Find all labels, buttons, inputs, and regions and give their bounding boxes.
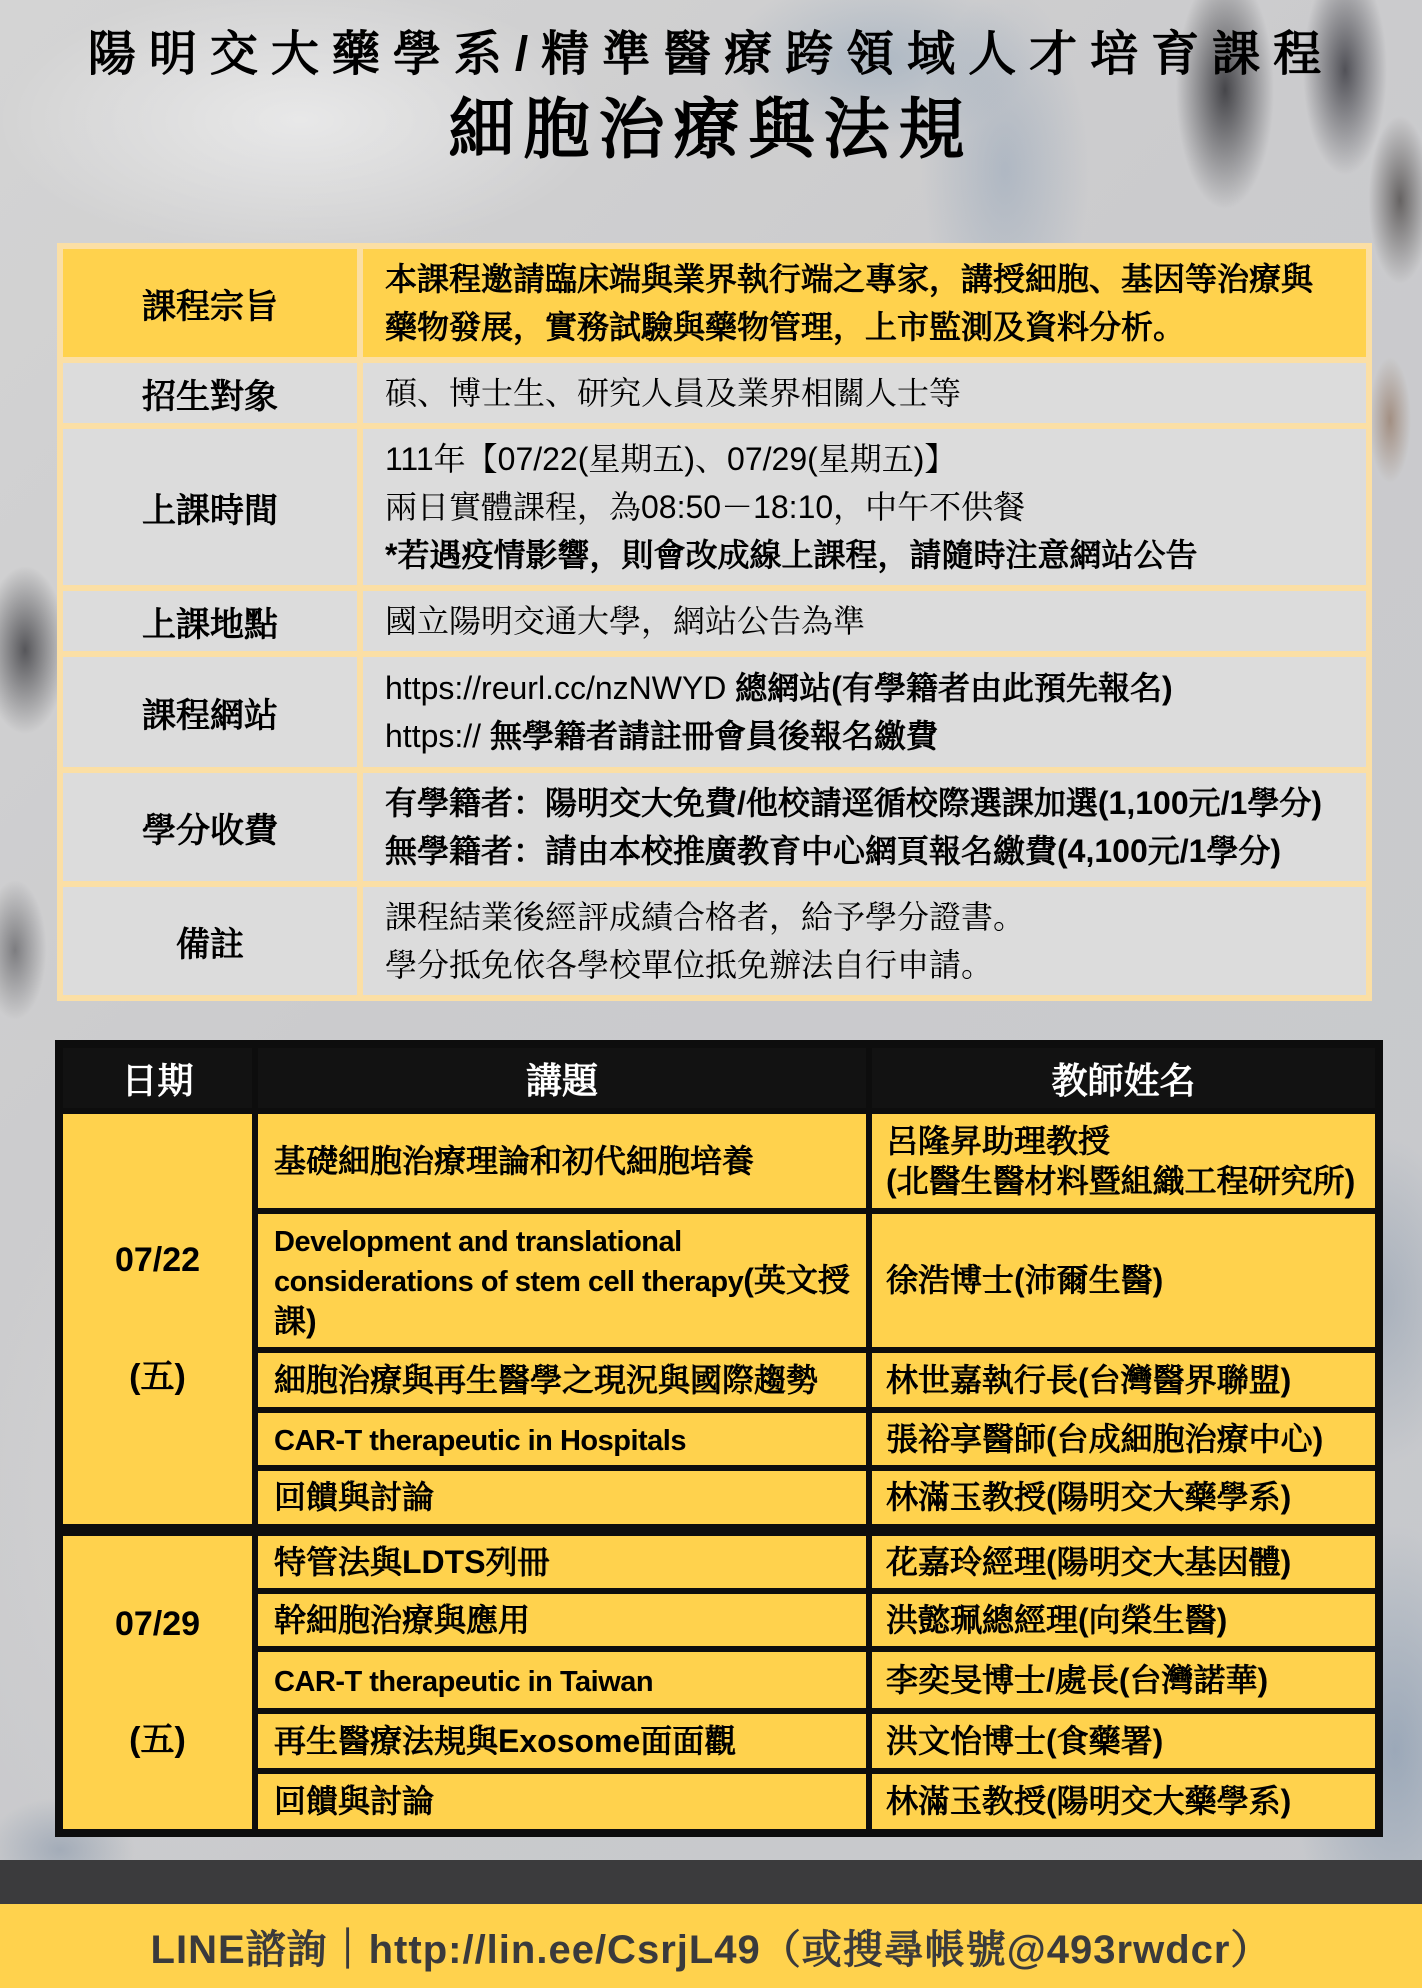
schedule-topic-text: 再生醫療法規與Exosome面面觀	[274, 1723, 736, 1759]
info-row: 課程宗旨本課程邀請臨床端與業界執行端之專家，講授細胞、基因等治療與藥物發展，實務…	[60, 246, 1369, 360]
schedule-weekday: (五)	[64, 1356, 251, 1399]
info-text: *若遇疫情影響，則會改成線上課程，請隨時注意網站公告	[385, 537, 1197, 573]
schedule-teacher: 洪文怡博士(食藥署)	[869, 1711, 1379, 1771]
info-value-line: 國立陽明交通大學，網站公告為準	[385, 597, 1344, 645]
info-value-line: 兩日實體課程，為08:50－18:10，中午不供餐	[385, 483, 1344, 531]
info-text: 總網站(有學籍者由此預先報名)	[735, 670, 1172, 706]
schedule-topic: 特管法與LDTS列冊	[255, 1530, 869, 1591]
info-value-line: 有學籍者：陽明交大免費/他校請逕循校際選課加選(1,100元/1學分)	[385, 779, 1344, 827]
schedule-teacher: 花嘉玲經理(陽明交大基因體)	[869, 1530, 1379, 1591]
info-text: 本課程邀請臨床端與業界執行端之專家，講授細胞、基因等治療與藥物發展，實務試驗與藥…	[385, 261, 1313, 345]
schedule-row: CAR-T therapeutic in Taiwan李奕旻博士/處長(台灣諾華…	[59, 1649, 1379, 1711]
info-text: 有學籍者：陽明交大免費/他校請逕循校際選課加選(1,100元/1學分)	[385, 785, 1322, 821]
info-text: 課程結業後經評成績合格者，給予學分證書。	[385, 899, 1025, 935]
schedule-date-cell: 07/29(五)	[59, 1530, 255, 1833]
info-text: 國立陽明交通大學，網站公告為準	[385, 603, 865, 639]
schedule-teacher: 林滿玉教授(陽明交大藥學系)	[869, 1771, 1379, 1833]
info-value-1: 碩、博士生、研究人員及業界相關人士等	[360, 360, 1369, 426]
schedule-header-topic: 講題	[255, 1044, 869, 1111]
schedule-row: 回饋與討論林滿玉教授(陽明交大藥學系)	[59, 1468, 1379, 1530]
info-value-3: 國立陽明交通大學，網站公告為準	[360, 588, 1369, 654]
schedule-row: 再生醫療法規與Exosome面面觀洪文怡博士(食藥署)	[59, 1711, 1379, 1771]
info-text: 學分抵免依各學校單位抵免辦法自行申請。	[385, 947, 993, 983]
schedule-date: 07/29	[64, 1603, 251, 1646]
footer-dark-band	[0, 1860, 1422, 1904]
info-row: 上課時間111年【07/22(星期五)、07/29(星期五)】兩日實體課程，為0…	[60, 426, 1369, 588]
course-program-title: 陽明交大藥學系/精準醫療跨領域人才培育課程	[0, 24, 1422, 86]
schedule-teacher: 林滿玉教授(陽明交大藥學系)	[869, 1468, 1379, 1530]
schedule-topic: 再生醫療法規與Exosome面面觀	[255, 1711, 869, 1771]
info-text: 無學籍者：請由本校推廣教育中心網頁報名繳費(4,100元/1學分)	[385, 833, 1281, 869]
info-row: 課程網站https://reurl.cc/nzNWYD 總網站(有學籍者由此預先…	[60, 654, 1369, 770]
info-value-line: *若遇疫情影響，則會改成線上課程，請隨時注意網站公告	[385, 531, 1344, 579]
schedule-topic-text: 基礎細胞治療理論和初代細胞培養	[274, 1143, 754, 1179]
info-label-1: 招生對象	[60, 360, 360, 426]
schedule-topic-text: Development and translational considerat…	[274, 1226, 743, 1298]
schedule-topic-text: 細胞治療與再生醫學之現況與國際趨勢	[274, 1362, 818, 1398]
course-info-table: 課程宗旨本課程邀請臨床端與業界執行端之專家，講授細胞、基因等治療與藥物發展，實務…	[57, 243, 1372, 1001]
info-label-6: 備註	[60, 884, 360, 998]
info-row: 學分收費有學籍者：陽明交大免費/他校請逕循校際選課加選(1,100元/1學分)無…	[60, 770, 1369, 884]
schedule-teacher: 洪懿珮總經理(向榮生醫)	[869, 1591, 1379, 1649]
footer-contact-bar: LINE諮詢｜http://lin.ee/CsrjL49（或搜尋帳號@493rw…	[0, 1904, 1422, 1988]
poster-header: 陽明交大藥學系/精準醫療跨領域人才培育課程 細胞治療與法規	[0, 0, 1422, 170]
course-poster: 陽明交大藥學系/精準醫療跨領域人才培育課程 細胞治療與法規 課程宗旨本課程邀請臨…	[0, 0, 1422, 1988]
info-value-5: 有學籍者：陽明交大免費/他校請逕循校際選課加選(1,100元/1學分)無學籍者：…	[360, 770, 1369, 884]
schedule-topic: Development and translational considerat…	[255, 1211, 869, 1350]
line-contact-link[interactable]: LINE諮詢｜http://lin.ee/CsrjL49（或搜尋帳號@493rw…	[151, 1918, 1272, 1975]
schedule-topic-text: CAR-T therapeutic in Hospitals	[274, 1425, 686, 1457]
course-name-title: 細胞治療與法規	[0, 90, 1422, 169]
schedule-row: 07/22(五)基礎細胞治療理論和初代細胞培養呂隆昇助理教授 (北醫生醫材料暨組…	[59, 1111, 1379, 1211]
schedule-teacher: 呂隆昇助理教授 (北醫生醫材料暨組織工程研究所)	[869, 1111, 1379, 1211]
info-value-line: 碩、博士生、研究人員及業界相關人士等	[385, 369, 1344, 417]
schedule-topic: 基礎細胞治療理論和初代細胞培養	[255, 1111, 869, 1211]
info-label-0: 課程宗旨	[60, 246, 360, 360]
info-label-5: 學分收費	[60, 770, 360, 884]
schedule-topic-text: 回饋與討論	[274, 1783, 434, 1819]
schedule-topic-text: 幹細胞治療與應用	[274, 1602, 530, 1638]
schedule-table: 日期 講題 教師姓名 07/22(五)基礎細胞治療理論和初代細胞培養呂隆昇助理教…	[55, 1040, 1383, 1837]
info-value-line: 本課程邀請臨床端與業界執行端之專家，講授細胞、基因等治療與藥物發展，實務試驗與藥…	[385, 255, 1344, 351]
schedule-topic-text: 回饋與討論	[274, 1479, 434, 1515]
schedule-date-cell: 07/22(五)	[59, 1111, 255, 1530]
schedule-row: 幹細胞治療與應用洪懿珮總經理(向榮生醫)	[59, 1591, 1379, 1649]
info-row: 備註課程結業後經評成績合格者，給予學分證書。學分抵免依各學校單位抵免辦法自行申請…	[60, 884, 1369, 998]
schedule-teacher: 徐浩博士(沛爾生醫)	[869, 1211, 1379, 1350]
schedule-topic: CAR-T therapeutic in Hospitals	[255, 1410, 869, 1468]
schedule-date: 07/22	[64, 1239, 251, 1282]
schedule-topic: 回饋與討論	[255, 1771, 869, 1833]
schedule-row: CAR-T therapeutic in Hospitals張裕享醫師(台成細胞…	[59, 1410, 1379, 1468]
schedule-row: 回饋與討論林滿玉教授(陽明交大藥學系)	[59, 1771, 1379, 1833]
info-value-2: 111年【07/22(星期五)、07/29(星期五)】兩日實體課程，為08:50…	[360, 426, 1369, 588]
info-value-line: 111年【07/22(星期五)、07/29(星期五)】	[385, 435, 1344, 483]
info-text: 兩日實體課程，為08:50－18:10，中午不供餐	[385, 489, 1025, 525]
schedule-weekday: (五)	[64, 1719, 251, 1762]
info-label-4: 課程網站	[60, 654, 360, 770]
schedule-teacher: 李奕旻博士/處長(台灣諾華)	[869, 1649, 1379, 1711]
schedule-topic: 幹細胞治療與應用	[255, 1591, 869, 1649]
course-info-table-body: 課程宗旨本課程邀請臨床端與業界執行端之專家，講授細胞、基因等治療與藥物發展，實務…	[60, 246, 1369, 998]
info-value-line: 無學籍者：請由本校推廣教育中心網頁報名繳費(4,100元/1學分)	[385, 827, 1344, 875]
info-value-line: 學分抵免依各學校單位抵免辦法自行申請。	[385, 941, 1344, 989]
schedule-topic-text: CAR-T therapeutic in Taiwan	[274, 1666, 653, 1698]
info-text: 無學籍者請註冊會員後報名繳費	[490, 718, 938, 754]
schedule-table-body: 07/22(五)基礎細胞治療理論和初代細胞培養呂隆昇助理教授 (北醫生醫材料暨組…	[59, 1111, 1379, 1833]
course-site-link[interactable]: https://reurl.cc/nzNWYD	[385, 670, 735, 706]
info-label-2: 上課時間	[60, 426, 360, 588]
info-row: 上課地點國立陽明交通大學，網站公告為準	[60, 588, 1369, 654]
schedule-topic: 回饋與討論	[255, 1468, 869, 1530]
info-value-0: 本課程邀請臨床端與業界執行端之專家，講授細胞、基因等治療與藥物發展，實務試驗與藥…	[360, 246, 1369, 360]
info-value-line: https://reurl.cc/nzNWYD 總網站(有學籍者由此預先報名)	[385, 664, 1344, 712]
info-value-line: https:// 無學籍者請註冊會員後報名繳費	[385, 712, 1344, 760]
schedule-row: 細胞治療與再生醫學之現況與國際趨勢林世嘉執行長(台灣醫界聯盟)	[59, 1350, 1379, 1410]
info-text: https://	[385, 718, 490, 754]
schedule-header-date: 日期	[59, 1044, 255, 1111]
schedule-teacher: 張裕享醫師(台成細胞治療中心)	[869, 1410, 1379, 1468]
schedule-row: Development and translational considerat…	[59, 1211, 1379, 1350]
schedule-topic: 細胞治療與再生醫學之現況與國際趨勢	[255, 1350, 869, 1410]
schedule-topic-text: 特管法與LDTS列冊	[274, 1544, 550, 1580]
schedule-row: 07/29(五)特管法與LDTS列冊花嘉玲經理(陽明交大基因體)	[59, 1530, 1379, 1591]
schedule-header-row: 日期 講題 教師姓名	[59, 1044, 1379, 1111]
info-value-6: 課程結業後經評成績合格者，給予學分證書。學分抵免依各學校單位抵免辦法自行申請。	[360, 884, 1369, 998]
schedule-header-teacher: 教師姓名	[869, 1044, 1379, 1111]
info-text: 111年【07/22(星期五)、07/29(星期五)】	[385, 441, 956, 477]
schedule-teacher: 林世嘉執行長(台灣醫界聯盟)	[869, 1350, 1379, 1410]
info-value-4: https://reurl.cc/nzNWYD 總網站(有學籍者由此預先報名)h…	[360, 654, 1369, 770]
info-value-line: 課程結業後經評成績合格者，給予學分證書。	[385, 893, 1344, 941]
info-row: 招生對象碩、博士生、研究人員及業界相關人士等	[60, 360, 1369, 426]
schedule-topic: CAR-T therapeutic in Taiwan	[255, 1649, 869, 1711]
info-text: 碩、博士生、研究人員及業界相關人士等	[385, 375, 961, 411]
info-label-3: 上課地點	[60, 588, 360, 654]
